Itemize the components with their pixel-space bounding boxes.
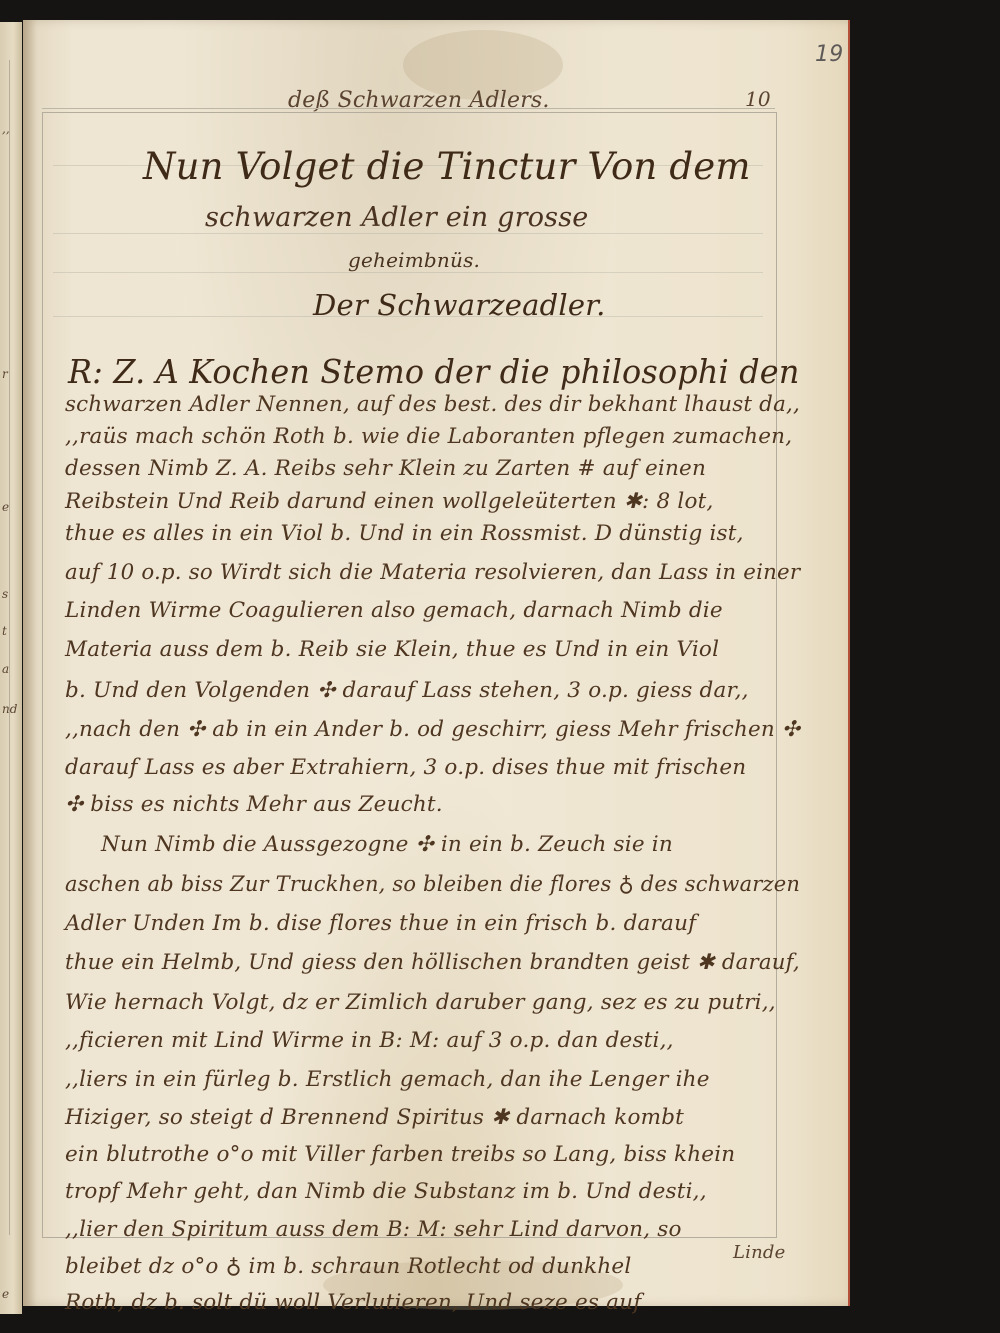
frame-rule-top (42, 108, 775, 109)
facing-page-rule (9, 60, 10, 1235)
body-line: ,,ficieren mit Lind Wirme in B: M: auf 3… (65, 1028, 674, 1053)
body-paragraph-start: Nun Nimb die Aussgezogne ✣ in ein b. Zeu… (101, 832, 673, 857)
catchword-bottom: Linde (733, 1242, 785, 1263)
manuscript-page: 19 deß Schwarzen Adlers. 10 Nun Volget d… (23, 20, 850, 1306)
facing-page-edge: ,, r e s t a nd e (0, 22, 22, 1314)
page-gutter-shadow (23, 20, 37, 1306)
ruled-line (53, 233, 763, 234)
body-line: ,,lier den Spiritum auss dem B: M: sehr … (65, 1217, 682, 1242)
body-line: ✣ biss es nichts Mehr aus Zeucht. (65, 792, 443, 817)
body-line: darauf Lass es aber Extrahiern, 3 o.p. d… (65, 755, 746, 780)
heading-line-2: schwarzen Adler ein grosse (205, 202, 588, 233)
ruled-line (53, 272, 763, 273)
facing-page-fragment: e (2, 1287, 9, 1301)
facing-page-fragment: e (2, 500, 9, 514)
body-line: bleibet dz o°o ♁ im b. schraun Rotlecht … (65, 1254, 631, 1279)
facing-page-fragment: ,, (2, 122, 10, 136)
heading-line-3: geheimbnüs. (348, 248, 480, 272)
body-line: Wie hernach Volgt, dz er Zimlich daruber… (65, 990, 776, 1015)
body-line: dessen Nimb Z. A. Reibs sehr Klein zu Za… (65, 456, 706, 481)
body-line: b. Und den Volgenden ✣ darauf Lass stehe… (65, 678, 749, 703)
facing-page-fragment: r (2, 367, 8, 381)
running-catchword: deß Schwarzen Adlers. (288, 88, 550, 113)
facing-page-fragment: a (2, 662, 9, 676)
body-line: Materia auss dem b. Reib sie Klein, thue… (65, 637, 719, 662)
facing-page-fragment: t (2, 624, 7, 638)
body-line: ,,nach den ✣ ab in ein Ander b. od gesch… (65, 717, 800, 742)
body-line: thue es alles in ein Viol b. Und in ein … (65, 521, 744, 546)
pencil-folio-number: 19 (815, 42, 843, 67)
body-line: schwarzen Adler Nennen, auf des best. de… (65, 392, 800, 417)
body-line: ,,liers in ein fürleg b. Erstlich gemach… (65, 1067, 710, 1092)
body-line: ein blutrothe o°o mit Viller farben trei… (65, 1142, 735, 1167)
body-line: tropf Mehr geht, dan Nimb die Substanz i… (65, 1179, 707, 1204)
body-line: Linden Wirme Coagulieren also gemach, da… (65, 598, 723, 623)
body-line: Roth, dz b. solt dü woll Verlutieren, Un… (65, 1290, 641, 1315)
body-line: Reibstein Und Reib darund einen wollgele… (65, 489, 713, 514)
body-line: auf 10 o.p. so Wirdt sich die Materia re… (65, 560, 800, 585)
body-line: Adler Unden Im b. dise flores thue in ei… (65, 911, 696, 936)
body-line: thue ein Helmb, Und giess den höllischen… (65, 950, 800, 975)
facing-page-fragment: s (2, 587, 8, 601)
body-line: ,,raüs mach schön Roth b. wie die Labora… (65, 424, 792, 449)
body-opening-line: R: Z. A Kochen Stemo der die philosophi … (68, 352, 800, 391)
facing-page-fragment: nd (2, 702, 17, 716)
subheading: Der Schwarzeadler. (313, 288, 605, 322)
body-line: Hiziger, so steigt d Brennend Spiritus ✱… (65, 1105, 684, 1130)
heading-line-1: Nun Volget die Tinctur Von dem (143, 145, 751, 188)
body-line: aschen ab biss Zur Truckhen, so bleiben … (65, 872, 800, 897)
